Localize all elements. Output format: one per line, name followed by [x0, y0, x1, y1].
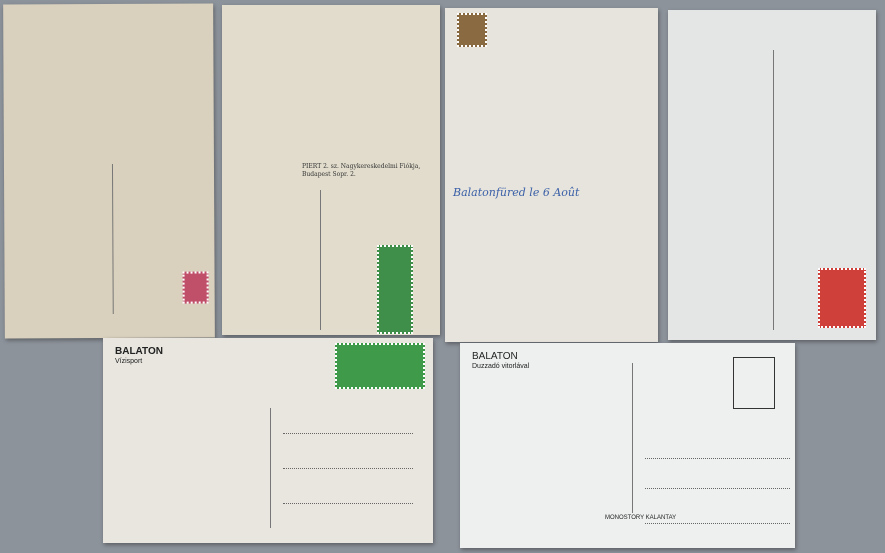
card-subtitle: Vízisport — [115, 358, 142, 365]
card-title: BALATON — [115, 346, 163, 357]
postcard-3: Balatonfüred le 6 Août — [445, 8, 658, 342]
postage-stamp — [183, 271, 209, 303]
address-line — [645, 458, 790, 459]
card-subtitle: Duzzadó vitorlával — [472, 363, 529, 370]
postage-stamp — [457, 13, 487, 47]
postage-stamp — [377, 245, 413, 334]
address-line — [645, 523, 790, 524]
postcard-5: BALATON Vízisport — [103, 338, 433, 543]
address-line — [283, 433, 413, 434]
card-divider — [112, 164, 114, 314]
handwritten-message: Balatonfüred le 6 Août — [453, 186, 579, 199]
address-line — [283, 503, 413, 504]
card-title: BALATON — [472, 351, 518, 362]
card-divider — [270, 408, 271, 528]
postcard-4 — [668, 10, 876, 340]
address-line — [283, 468, 413, 469]
publisher-logo: MONOSTORY KALANTAY — [605, 515, 676, 521]
card-divider — [632, 363, 633, 513]
postage-stamp — [335, 343, 425, 389]
card-divider — [320, 190, 321, 330]
stamp-box — [733, 357, 775, 409]
postcard-1 — [3, 3, 215, 338]
postage-stamp — [818, 268, 866, 328]
postcard-2: PIERT 2. sz. Nagykereskedelmi Fiókja, Bu… — [222, 5, 440, 335]
postcard-6: BALATON Duzzadó vitorlával MONOSTORY KAL… — [460, 343, 795, 548]
card-divider — [773, 50, 774, 330]
publisher-text: PIERT 2. sz. Nagykereskedelmi Fiókja, Bu… — [302, 163, 432, 179]
address-line — [645, 488, 790, 489]
